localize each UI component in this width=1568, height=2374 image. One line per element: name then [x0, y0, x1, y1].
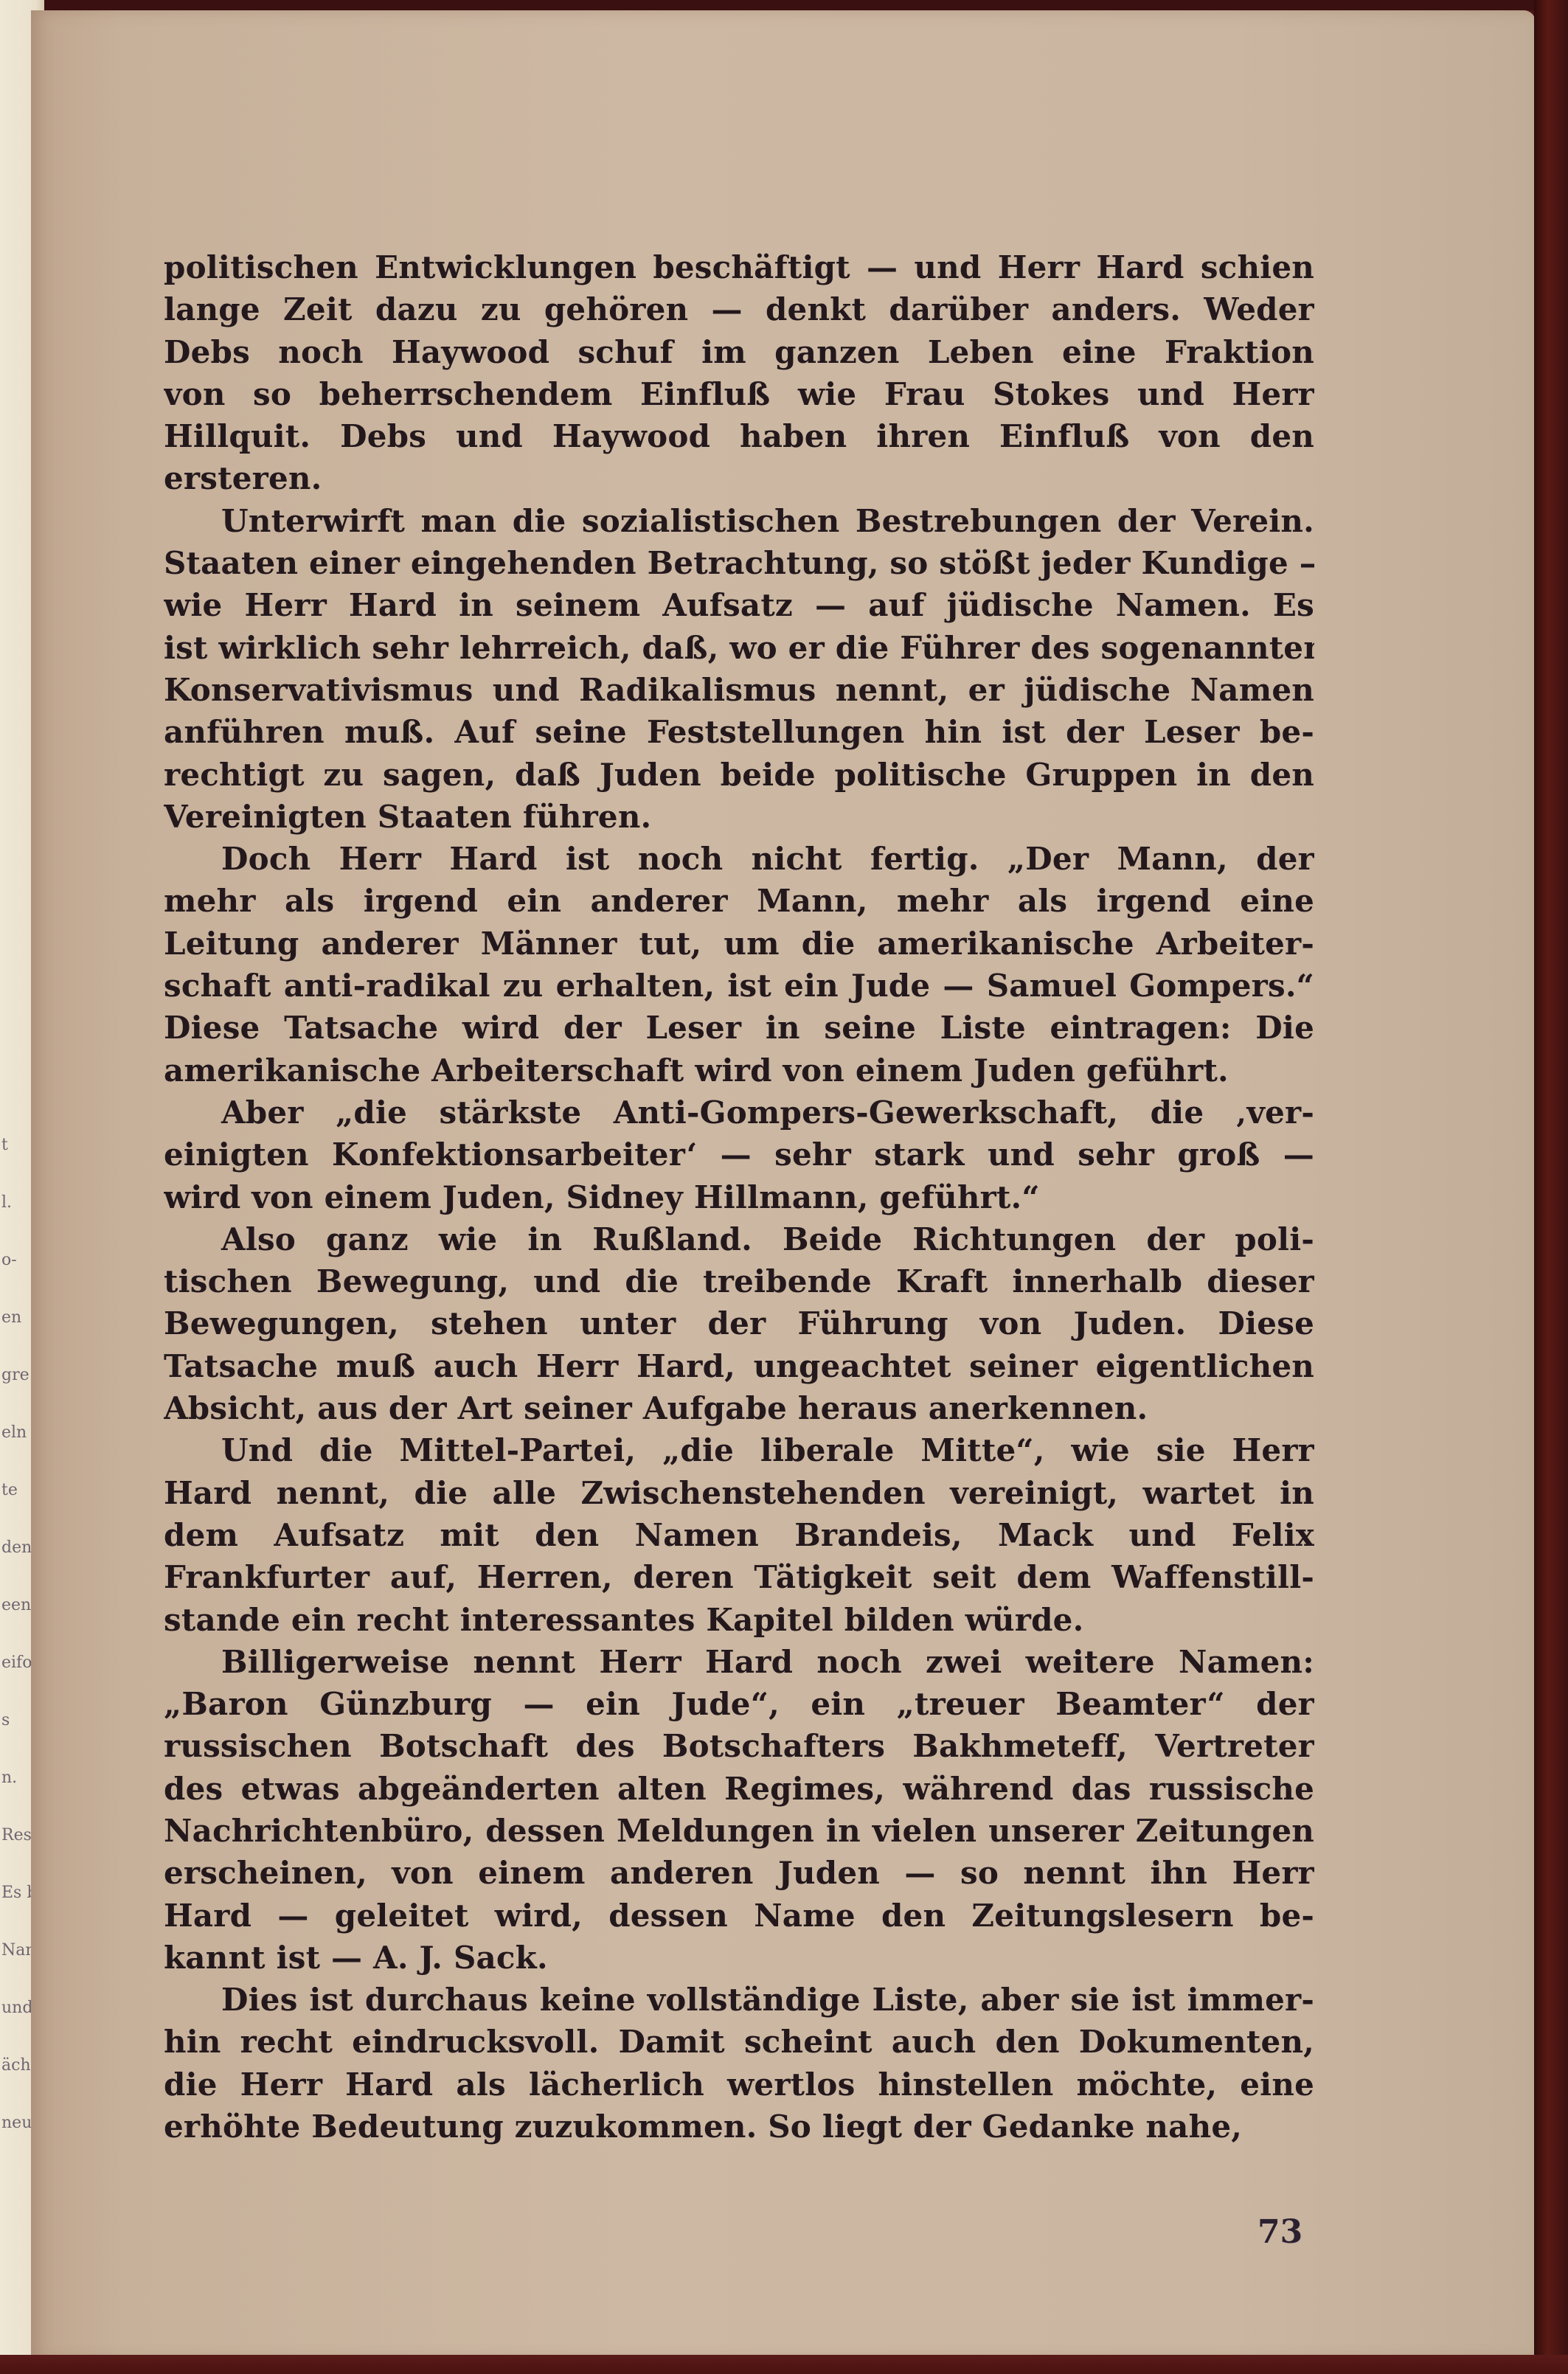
text-line: Unterwirft man die sozialistischen Bestr…	[164, 500, 1314, 542]
text-line: Tatsache muß auch Herr Hard, ungeachtet …	[164, 1345, 1314, 1387]
paragraph: Billigerweise nennt Herr Hard noch zwei …	[164, 1641, 1314, 1979]
text-line: einigten Konfektionsarbeiter‘ — sehr sta…	[164, 1134, 1314, 1176]
text-line: ersteren.	[164, 457, 1314, 499]
previous-page-text-fragment: den	[1, 1538, 32, 1557]
text-line: Diese Tatsache wird der Leser in seine L…	[164, 1007, 1314, 1049]
text-line: Und die Mittel-Partei, „die liberale Mit…	[164, 1429, 1314, 1471]
body-text: politischen Entwicklungen beschäftigt — …	[164, 246, 1314, 2148]
bottom-cover-edge	[0, 2355, 1568, 2374]
previous-page-text-fragment: eln	[1, 1423, 27, 1442]
text-line: Absicht, aus der Art seiner Aufgabe hera…	[164, 1387, 1314, 1429]
previous-page-text-fragment: l.	[1, 1193, 12, 1212]
text-line: lange Zeit dazu zu gehören — denkt darüb…	[164, 288, 1314, 330]
text-line: wie Herr Hard in seinem Aufsatz — auf jü…	[164, 584, 1314, 626]
text-line: dem Aufsatz mit den Namen Brandeis, Mack…	[164, 1514, 1314, 1556]
text-line: Debs noch Haywood schuf im ganzen Leben …	[164, 331, 1314, 373]
text-line: schaft anti-radikal zu erhalten, ist ein…	[164, 965, 1314, 1007]
text-line: stande ein recht interessantes Kapitel b…	[164, 1599, 1314, 1641]
text-line: Dies ist durchaus keine vollständige Lis…	[164, 1979, 1314, 2021]
text-line: Frankfurter auf, Herren, deren Tätigkeit…	[164, 1556, 1314, 1598]
text-line: anführen muß. Auf seine Feststellungen h…	[164, 711, 1314, 753]
paragraph: Doch Herr Hard ist noch nicht fertig. „D…	[164, 838, 1314, 1091]
text-line: amerikanische Arbeiterschaft wird von ei…	[164, 1049, 1314, 1091]
paragraph: Unterwirft man die sozialistischen Bestr…	[164, 500, 1314, 838]
paragraph: politischen Entwicklungen beschäftigt — …	[164, 246, 1314, 500]
text-line: Vereinigten Staaten führen.	[164, 796, 1314, 838]
paragraph: Aber „die stärkste Anti-Gompers-Gewerksc…	[164, 1091, 1314, 1218]
text-line: russischen Botschaft des Botschafters Ba…	[164, 1725, 1314, 1767]
text-line: erhöhte Bedeutung zuzukommen. So liegt d…	[164, 2106, 1314, 2148]
previous-page-text-fragment: o-	[1, 1251, 17, 1269]
text-line: erscheinen, von einem anderen Juden — so…	[164, 1852, 1314, 1894]
text-line: Hard nennt, die alle Zwischenstehenden v…	[164, 1472, 1314, 1514]
text-line: hin recht eindrucksvoll. Damit scheint a…	[164, 2021, 1314, 2063]
text-line: politischen Entwicklungen beschäftigt — …	[164, 246, 1314, 288]
previous-page-text-fragment: n.	[1, 1769, 17, 1787]
previous-page-text-fragment: te	[1, 1481, 18, 1499]
text-line: Hard — geleitet wird, dessen Name den Ze…	[164, 1895, 1314, 1937]
text-line: ist wirklich sehr lehrreich, daß, wo er …	[164, 627, 1314, 669]
previous-page-text-fragment: en	[1, 1308, 21, 1327]
previous-page-text-fragment: een	[1, 1596, 31, 1614]
text-line: Bewegungen, stehen unter der Führung von…	[164, 1302, 1314, 1344]
text-line: wird von einem Juden, Sidney Hillmann, g…	[164, 1176, 1314, 1218]
paragraph: Dies ist durchaus keine vollständige Lis…	[164, 1979, 1314, 2148]
text-line: Staaten einer eingehenden Betrachtung, s…	[164, 542, 1314, 584]
paragraph: Also ganz wie in Rußland. Beide Richtung…	[164, 1218, 1314, 1429]
paragraph: Und die Mittel-Partei, „die liberale Mit…	[164, 1429, 1314, 1640]
text-line: kannt ist — A. J. Sack.	[164, 1937, 1314, 1979]
text-line: Also ganz wie in Rußland. Beide Richtung…	[164, 1218, 1314, 1260]
text-line: Billigerweise nennt Herr Hard noch zwei …	[164, 1641, 1314, 1683]
previous-page-text-fragment: gre	[1, 1366, 30, 1384]
previous-page-text-fragment: s	[1, 1711, 10, 1729]
previous-page-text-fragment: eifo	[1, 1653, 32, 1672]
text-line: Hillquit. Debs und Haywood haben ihren E…	[164, 415, 1314, 457]
text-line: von so beherrschendem Einfluß wie Frau S…	[164, 373, 1314, 415]
text-line: Nachrichtenbüro, dessen Meldungen in vie…	[164, 1810, 1314, 1852]
text-line: die Herr Hard als lächerlich wertlos hin…	[164, 2064, 1314, 2106]
page-number: 73	[1257, 2213, 1302, 2251]
text-line: Doch Herr Hard ist noch nicht fertig. „D…	[164, 838, 1314, 880]
text-line: Aber „die stärkste Anti-Gompers-Gewerksc…	[164, 1091, 1314, 1134]
text-line: Leitung anderer Männer tut, um die ameri…	[164, 923, 1314, 965]
right-cover-edge	[1534, 0, 1568, 2374]
text-line: „Baron Günzburg — ein Jude“, ein „treuer…	[164, 1683, 1314, 1725]
top-cover-edge	[0, 0, 1568, 10]
text-line: des etwas abgeänderten alten Regimes, wä…	[164, 1768, 1314, 1810]
book-page: politischen Entwicklungen beschäftigt — …	[31, 10, 1536, 2359]
text-line: mehr als irgend ein anderer Mann, mehr a…	[164, 880, 1314, 922]
text-line: Konservativismus und Radikalismus nennt,…	[164, 669, 1314, 711]
text-line: rechtigt zu sagen, daß Juden beide polit…	[164, 754, 1314, 796]
text-line: tischen Bewegung, und die treibende Kraf…	[164, 1260, 1314, 1302]
previous-page-text-fragment: t	[1, 1136, 8, 1154]
